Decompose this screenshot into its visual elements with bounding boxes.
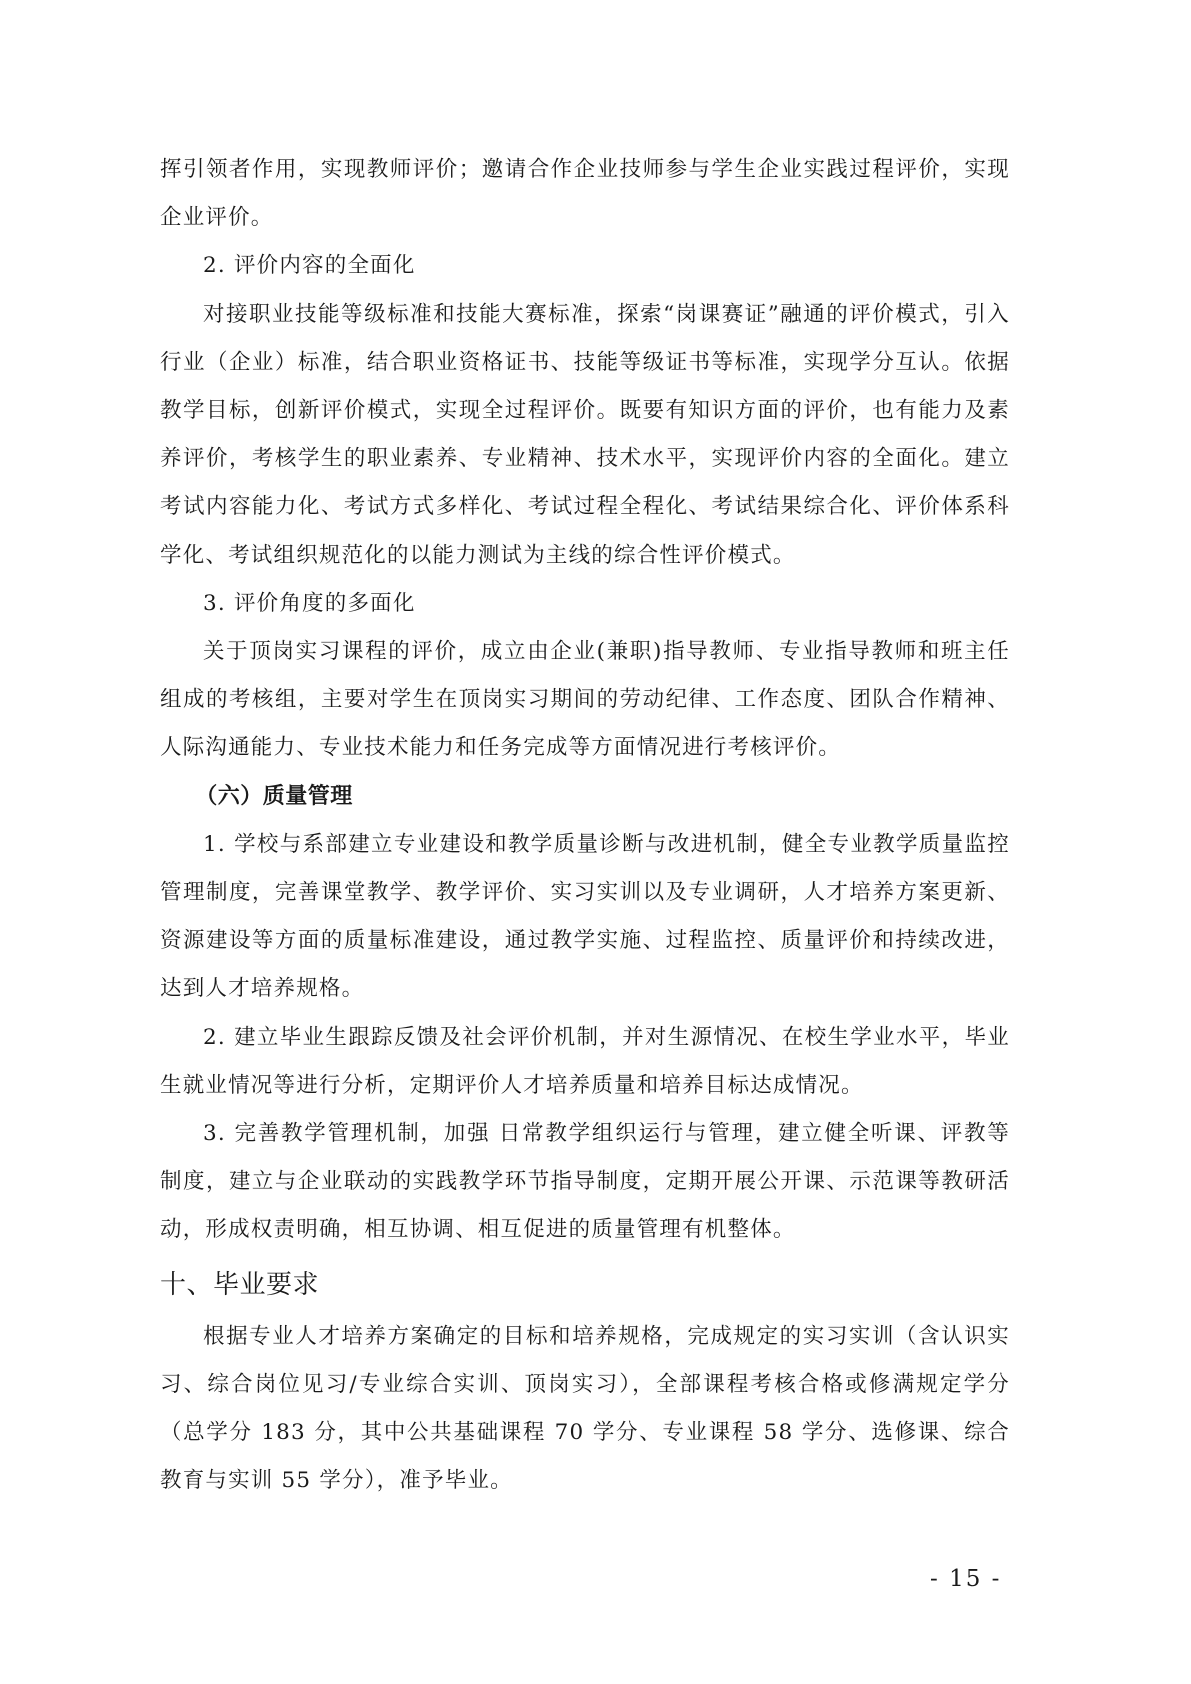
paragraph-evaluation-content: 对接职业技能等级标准和技能大赛标准，探索“岗课赛证”融通的评价模式，引入行业（企…: [160, 291, 1010, 580]
page-number: - 15 -: [930, 1566, 1001, 1592]
chapter-heading-graduation-requirements: 十、毕业要求: [160, 1259, 1010, 1311]
subheading-evaluation-content: 2. 评价内容的全面化: [160, 242, 1010, 290]
paragraph-teacher-enterprise-evaluation: 挥引领者作用，实现教师评价；邀请合作企业技师参与学生企业实践过程评价，实现企业评…: [160, 146, 1010, 242]
quality-item-1: 1. 学校与系部建立专业建设和教学质量诊断与改进机制，健全专业教学质量监控管理制…: [160, 821, 1010, 1014]
paragraph-evaluation-perspective: 关于顶岗实习课程的评价，成立由企业(兼职)指导教师、专业指导教师和班主任组成的考…: [160, 628, 1010, 773]
paragraph-graduation-requirements: 根据专业人才培养方案确定的目标和培养规格，完成规定的实习实训（含认识实习、综合岗…: [160, 1313, 1010, 1506]
section-heading-quality-management: （六）质量管理: [160, 773, 1010, 821]
document-page: 挥引领者作用，实现教师评价；邀请合作企业技师参与学生企业实践过程评价，实现企业评…: [160, 146, 1010, 1505]
quality-item-3: 3. 完善教学管理机制，加强 日常教学组织运行与管理，建立健全听课、评教等制度，…: [160, 1110, 1010, 1255]
quality-item-2: 2. 建立毕业生跟踪反馈及社会评价机制，并对生源情况、在校生学业水平，毕业生就业…: [160, 1014, 1010, 1110]
subheading-evaluation-perspective: 3. 评价角度的多面化: [160, 580, 1010, 628]
